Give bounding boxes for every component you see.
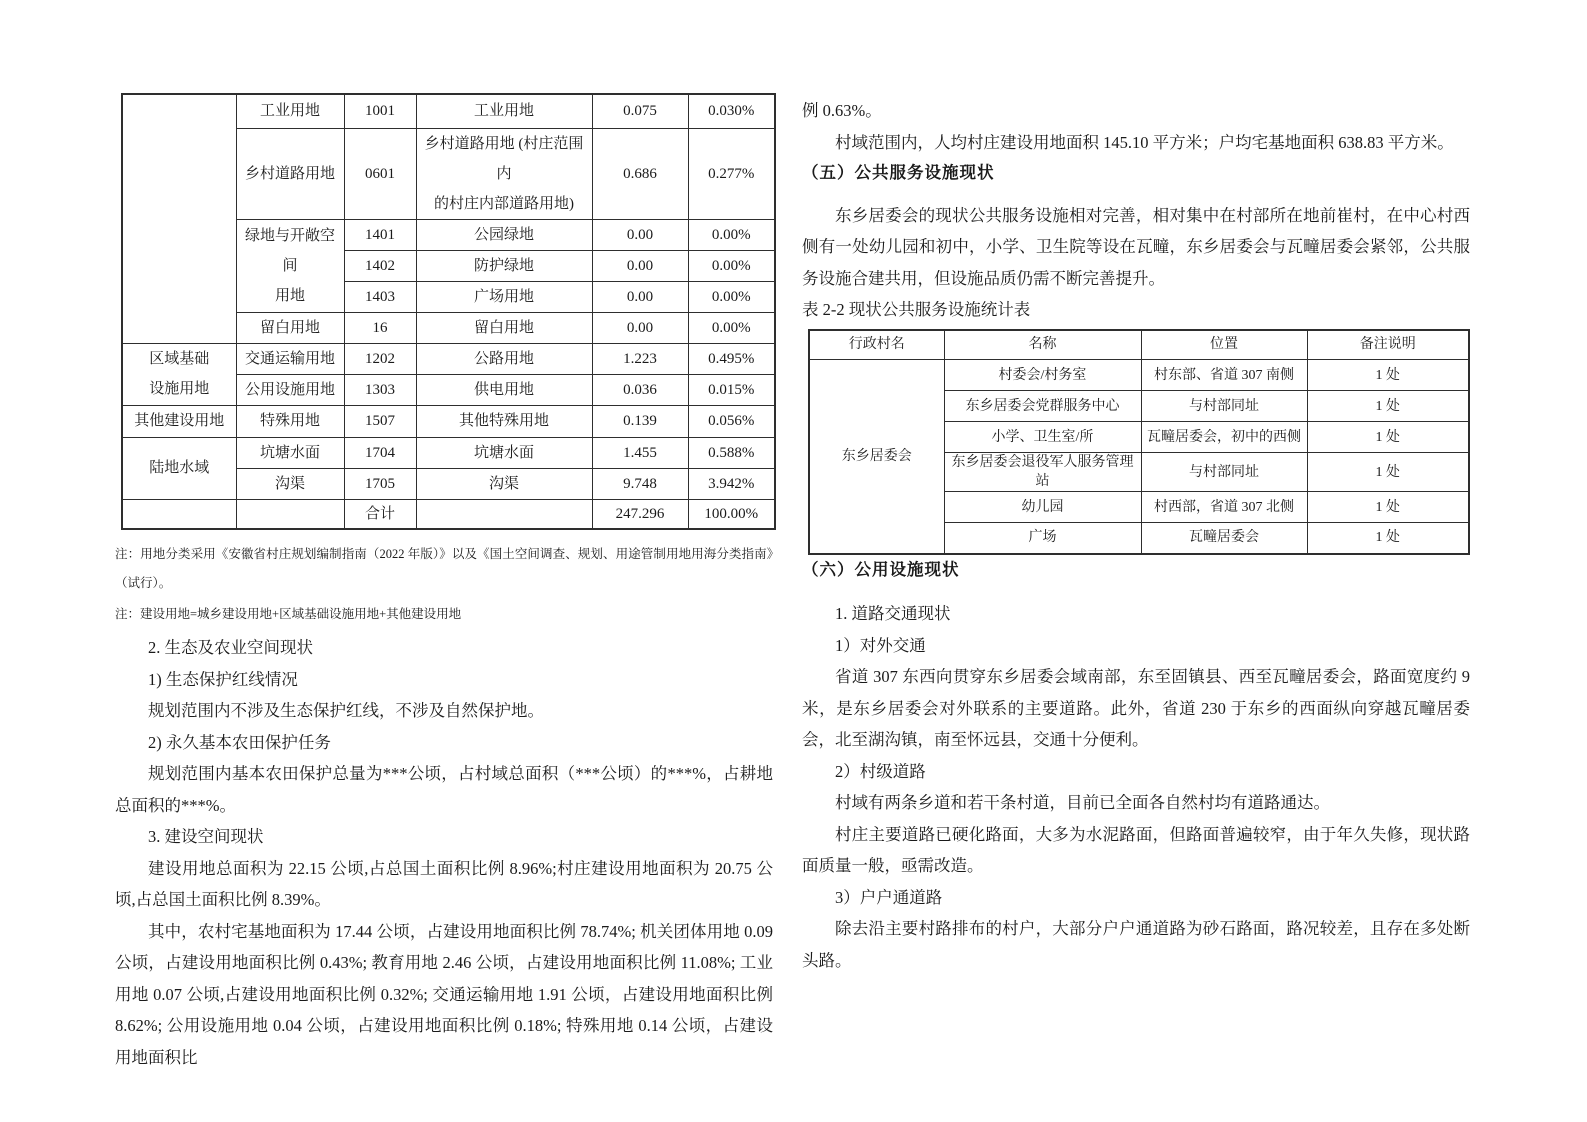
cell-name: 防护绿地 — [416, 250, 592, 281]
cell-pct: 0.495% — [688, 343, 775, 374]
cell-facility-name: 村委会/村务室 — [944, 360, 1141, 391]
cell-area: 1.223 — [592, 343, 688, 374]
cell-location: 瓦疃居委会 — [1141, 523, 1307, 554]
cell-group — [122, 499, 236, 529]
cell-area: 0.036 — [592, 374, 688, 405]
cell-name: 其他特殊用地 — [416, 405, 592, 437]
table-row: 陆地水域 坑塘水面 1704 坑塘水面 1.455 0.588% — [122, 437, 775, 468]
paragraph-redline: 规划范围内不涉及生态保护红线，不涉及自然保护地。 — [115, 695, 773, 727]
paragraph-build-detail: 其中，农村宅基地面积为 17.44 公顷，占建设用地面积比例 78.74%; 机… — [115, 916, 773, 1074]
cell-pct: 0.056% — [688, 405, 775, 437]
cell-facility-name: 小学、卫生室/所 — [944, 422, 1141, 453]
table-caption: 表 2-2 现状公共服务设施统计表 — [802, 294, 1462, 326]
cell-code: 1303 — [344, 374, 416, 405]
cell-sub — [236, 499, 344, 529]
cell-code: 1704 — [344, 437, 416, 468]
cell-area: 0.00 — [592, 312, 688, 343]
cell-sub: 绿地与开敞空间 用地 — [236, 219, 344, 312]
cell-group: 区域基础 设施用地 — [122, 343, 236, 405]
heading-village-roads: 2）村级道路 — [802, 756, 1470, 788]
cell-name — [416, 499, 592, 529]
cell-code: 0601 — [344, 128, 416, 219]
cell-pct: 100.00% — [688, 499, 775, 529]
paragraph-village-roads-2: 村庄主要道路已硬化路面，大多为水泥路面，但路面普遍较窄，由于年久失修，现状路面质… — [802, 819, 1470, 882]
cell-location: 与村部同址 — [1141, 453, 1307, 492]
table-row: 其他建设用地 特殊用地 1507 其他特殊用地 0.139 0.056% — [122, 405, 775, 437]
cell-code: 1202 — [344, 343, 416, 374]
cell-facility-name: 东乡居委会党群服务中心 — [944, 391, 1141, 422]
cell-name: 公园绿地 — [416, 219, 592, 250]
paragraph-percapita: 村域范围内，人均村庄建设用地面积 145.10 平方米；户均宅基地面积 638.… — [802, 127, 1470, 159]
cell-name: 广场用地 — [416, 281, 592, 312]
cell-area: 0.00 — [592, 219, 688, 250]
cell-location: 与村部同址 — [1141, 391, 1307, 422]
cell-code: 1001 — [344, 94, 416, 128]
heading-redline: 1) 生态保护红线情况 — [115, 664, 773, 696]
cell-area: 0.00 — [592, 281, 688, 312]
cell-name: 供电用地 — [416, 374, 592, 405]
cell-pct: 3.942% — [688, 468, 775, 499]
cell-name: 沟渠 — [416, 468, 592, 499]
heading-household-roads: 3）户户通道路 — [802, 882, 1470, 914]
cell-pct: 0.015% — [688, 374, 775, 405]
cell-village: 东乡居委会 — [809, 360, 944, 554]
cell-note: 1 处 — [1307, 492, 1469, 523]
header-location: 位置 — [1141, 330, 1307, 360]
cell-facility-name: 广场 — [944, 523, 1141, 554]
cell-pct: 0.00% — [688, 250, 775, 281]
cell-area: 0.00 — [592, 250, 688, 281]
paragraph-build-total: 建设用地总面积为 22.15 公顷,占总国土面积比例 8.96%;村庄建设用地面… — [115, 853, 773, 916]
cell-code: 16 — [344, 312, 416, 343]
cell-note: 1 处 — [1307, 360, 1469, 391]
cell-group — [122, 94, 236, 343]
cell-name: 坑塘水面 — [416, 437, 592, 468]
header-note: 备注说明 — [1307, 330, 1469, 360]
public-facilities-table: 行政村名 名称 位置 备注说明 东乡居委会 村委会/村务室 村东部、省道 307… — [808, 329, 1470, 555]
cell-area: 0.075 — [592, 94, 688, 128]
cell-sub: 沟渠 — [236, 468, 344, 499]
cell-pct: 0.00% — [688, 219, 775, 250]
cell-sub: 乡村道路用地 — [236, 128, 344, 219]
cell-pct: 0.277% — [688, 128, 775, 219]
header-name: 名称 — [944, 330, 1141, 360]
paragraph-continuation: 例 0.63%。 — [802, 95, 1470, 127]
table-note-classification: 注：用地分类采用《安徽省村庄规划编制指南（2022 年版）》以及《国土空间调查、… — [115, 540, 773, 598]
heading-eco-space: 2. 生态及农业空间现状 — [115, 632, 773, 664]
land-use-table: 工业用地 1001 工业用地 0.075 0.030% 乡村道路用地 0601 … — [121, 93, 776, 530]
cell-group: 其他建设用地 — [122, 405, 236, 437]
cell-name: 留白用地 — [416, 312, 592, 343]
cell-group: 陆地水域 — [122, 437, 236, 499]
cell-code: 1402 — [344, 250, 416, 281]
table-row: 东乡居委会 村委会/村务室 村东部、省道 307 南侧 1 处 — [809, 360, 1469, 391]
cell-sub: 坑塘水面 — [236, 437, 344, 468]
cell-code: 1401 — [344, 219, 416, 250]
table-row: 工业用地 1001 工业用地 0.075 0.030% — [122, 94, 775, 128]
paragraph-external-traffic: 省道 307 东西向贯穿东乡居委会域南部，东至固镇县、西至瓦疃居委会，路面宽度约… — [802, 661, 1470, 756]
cell-location: 村东部、省道 307 南侧 — [1141, 360, 1307, 391]
cell-pct: 0.030% — [688, 94, 775, 128]
cell-total-label: 合计 — [344, 499, 416, 529]
cell-location: 瓦疃居委会，初中的西侧 — [1141, 422, 1307, 453]
heading-road-traffic: 1. 道路交通现状 — [802, 598, 1470, 630]
cell-code: 1705 — [344, 468, 416, 499]
cell-pct: 0.00% — [688, 281, 775, 312]
table-row-total: 合计 247.296 100.00% — [122, 499, 775, 529]
header-village: 行政村名 — [809, 330, 944, 360]
cell-location: 村西部，省道 307 北侧 — [1141, 492, 1307, 523]
cell-area: 9.748 — [592, 468, 688, 499]
left-column: 工业用地 1001 工业用地 0.075 0.030% 乡村道路用地 0601 … — [115, 93, 773, 1073]
cell-name: 工业用地 — [416, 94, 592, 128]
cell-name: 乡村道路用地 (村庄范围内 的村庄内部道路用地) — [416, 128, 592, 219]
table-header-row: 行政村名 名称 位置 备注说明 — [809, 330, 1469, 360]
cell-area: 0.139 — [592, 405, 688, 437]
cell-sub: 交通运输用地 — [236, 343, 344, 374]
cell-code: 1507 — [344, 405, 416, 437]
cell-note: 1 处 — [1307, 523, 1469, 554]
table-note-formula: 注：建设用地=城乡建设用地+区域基础设施用地+其他建设用地 — [115, 600, 773, 629]
cell-note: 1 处 — [1307, 453, 1469, 492]
right-column: 例 0.63%。 村域范围内，人均村庄建设用地面积 145.10 平方米；户均宅… — [802, 95, 1470, 976]
table-row: 区域基础 设施用地 交通运输用地 1202 公路用地 1.223 0.495% — [122, 343, 775, 374]
paragraph-farmland: 规划范围内基本农田保护总量为***公顷，占村域总面积（***公顷）的***%，占… — [115, 758, 773, 821]
cell-sub: 工业用地 — [236, 94, 344, 128]
cell-area: 0.686 — [592, 128, 688, 219]
cell-code: 1403 — [344, 281, 416, 312]
cell-sub: 公用设施用地 — [236, 374, 344, 405]
cell-note: 1 处 — [1307, 391, 1469, 422]
heading-farmland: 2) 永久基本农田保护任务 — [115, 727, 773, 759]
heading-build-space: 3. 建设空间现状 — [115, 821, 773, 853]
cell-pct: 0.00% — [688, 312, 775, 343]
cell-pct: 0.588% — [688, 437, 775, 468]
paragraph-village-roads-1: 村域有两条乡道和若干条村道，目前已全面各自然村均有道路通达。 — [802, 787, 1470, 819]
heading-section-five: （五）公共服务设施现状 — [802, 158, 1470, 190]
paragraph-household-roads: 除去沿主要村路排布的村户，大部分户户通道路为砂石路面，路况较差，且存在多处断头路… — [802, 913, 1470, 976]
cell-area: 247.296 — [592, 499, 688, 529]
cell-note: 1 处 — [1307, 422, 1469, 453]
heading-section-six: （六）公用设施现状 — [802, 555, 1470, 587]
cell-name: 公路用地 — [416, 343, 592, 374]
cell-facility-name: 幼儿园 — [944, 492, 1141, 523]
paragraph-public-services: 东乡居委会的现状公共服务设施相对完善，相对集中在村部所在地前崔村，在中心村西侧有… — [802, 200, 1470, 295]
cell-area: 1.455 — [592, 437, 688, 468]
right-body-text: 例 0.63%。 村域范围内，人均村庄建设用地面积 145.10 平方米；户均宅… — [802, 95, 1470, 976]
left-body-text: 2. 生态及农业空间现状 1) 生态保护红线情况 规划范围内不涉及生态保护红线，… — [115, 632, 773, 1073]
cell-sub: 留白用地 — [236, 312, 344, 343]
cell-sub: 特殊用地 — [236, 405, 344, 437]
cell-facility-name: 东乡居委会退役军人服务管理站 — [944, 453, 1141, 492]
heading-external-traffic: 1）对外交通 — [802, 630, 1470, 662]
document-page: 工业用地 1001 工业用地 0.075 0.030% 乡村道路用地 0601 … — [0, 0, 1587, 1122]
